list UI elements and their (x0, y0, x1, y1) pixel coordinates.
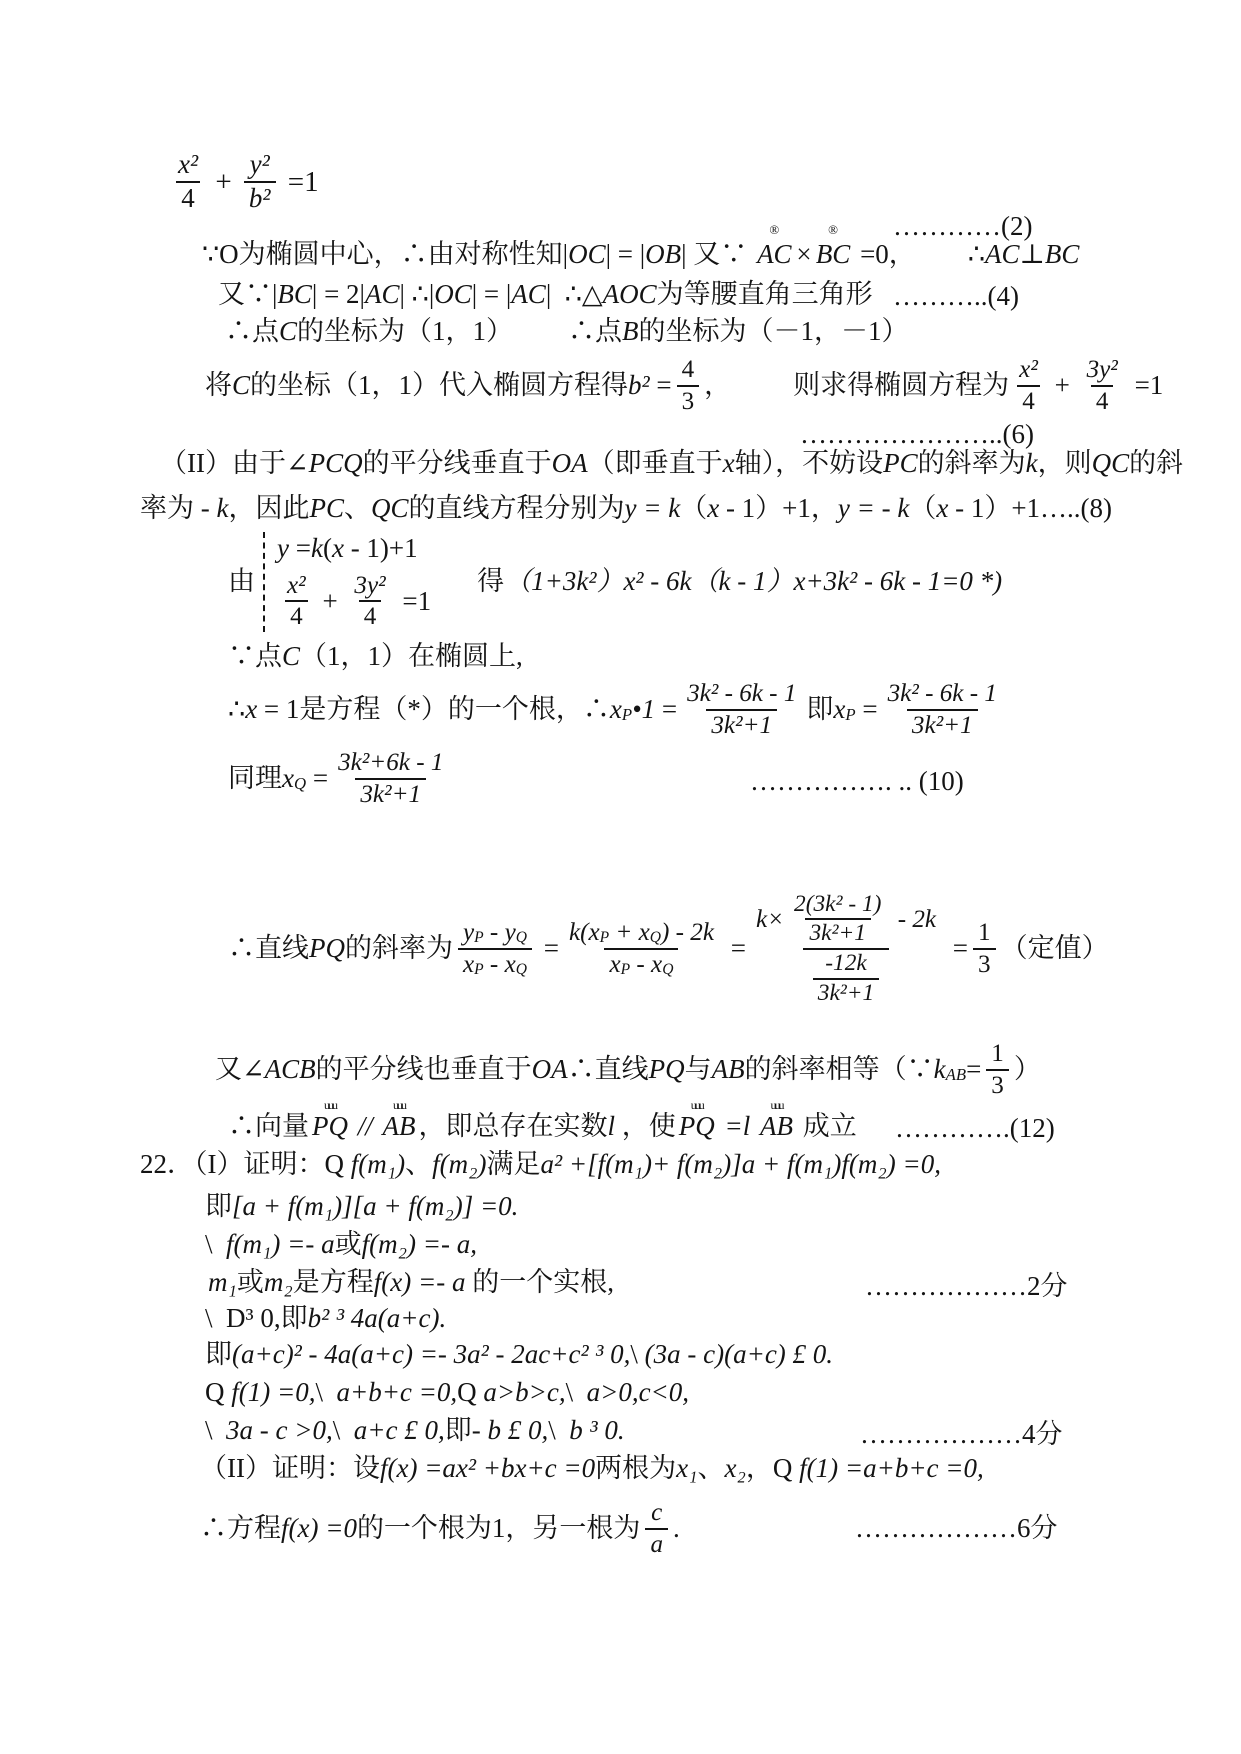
fraction-numerator: x² (282, 571, 311, 601)
fraction: yP - yQxP - xQ (458, 918, 532, 979)
text-run: 、 (698, 1452, 725, 1486)
subscript: P (474, 929, 484, 947)
text-run: 两根为 (595, 1452, 676, 1486)
text-run: . (673, 1512, 680, 1546)
math-run: x² (1019, 355, 1038, 385)
text-run: （II）证明：设 (200, 1452, 380, 1486)
vector-name: AB (760, 1111, 793, 1141)
math-run: a>b>c, (483, 1376, 565, 1410)
text-run: 即 (205, 1190, 232, 1224)
math-run: OC (434, 278, 472, 312)
fraction-denominator: 3 (986, 1069, 1009, 1101)
text-run: = (537, 932, 559, 966)
text-run: = (655, 693, 677, 727)
text-run: \ (205, 1228, 226, 1262)
fraction: k×2(3k² - 1)3k²+1 - 2k-12k3k²+1 (751, 891, 941, 1007)
math-run: =l (718, 1110, 757, 1144)
text-run: 的坐标为（1，1） (297, 315, 513, 349)
math-run: x (282, 762, 294, 796)
text-run: 的直线方程分别为 (409, 492, 625, 526)
math-run: f(m₁) (351, 1148, 405, 1182)
factored-line: 即[a + f(m₁)][a + f(m₂)] =0. (205, 1190, 518, 1224)
fraction-denominator: 3k²+1 (706, 709, 777, 741)
text-run: 即 (205, 1338, 232, 1372)
text-run: 轴），不妨设 (735, 447, 884, 481)
math-run: k× (756, 905, 784, 935)
text-run: ( (323, 532, 332, 566)
acb-bisector-line: 又∠ACB的平分线也垂直于OA∴直线PQ与AB的斜率相等（∵kAB=13） (215, 1034, 1041, 1106)
text-run: 的斜率为 (918, 447, 1026, 481)
text-run: 的一个根为1，另一根为 (357, 1512, 641, 1546)
math-run: - 2k (891, 905, 936, 935)
fraction: x²4 (173, 149, 203, 215)
text-run: （II）由于∠ (160, 447, 309, 481)
text-run: （定值） (1001, 932, 1109, 966)
vector-name: AB (383, 1111, 416, 1141)
fraction-numerator: 3k² - 6k - 1 (682, 679, 801, 709)
text-run: ………..(4) (893, 280, 1019, 314)
math-run: f(x) =ax² +bx+c =0 (380, 1452, 595, 1486)
math-run: 3k² - 6k - 1 (888, 679, 997, 709)
fraction-numerator: 3k²+6k - 1 (333, 748, 448, 778)
fraction: 3k² - 6k - 13k²+1 (883, 679, 1002, 740)
text-run: 、 (405, 1148, 432, 1182)
text-run: 的平分线也垂直于 (316, 1053, 532, 1087)
text-run: ∵O为椭圆中心，∴由对称性知| (202, 238, 568, 272)
text-run: = (856, 693, 878, 727)
text-run: | = 2| (312, 278, 365, 312)
fraction-numerator: 1 (973, 918, 996, 948)
text-run: + (208, 164, 239, 200)
math-run: f(m₂) (432, 1148, 486, 1182)
text-run: 的斜率为 (345, 932, 453, 966)
roots-conclusion-line: ∴方程f(x) =0的一个根为1，另一根为ca. (200, 1490, 680, 1568)
text-run: 得 (477, 565, 504, 599)
vector-notation: ABuuu (383, 1110, 416, 1144)
vector-arrow-icon: uuu (393, 1099, 405, 1111)
text-run: ………….(12) (895, 1112, 1055, 1146)
text-run: \ (333, 1414, 354, 1448)
math-run: [a + f(m₁)][a + f(m₂)] =0. (232, 1190, 518, 1224)
text-run: 与 (685, 1053, 712, 1087)
fraction: 3k² - 6k - 13k²+1 (682, 679, 801, 740)
math-run: x (609, 950, 620, 980)
text-run: = 1是方程（*）的一个根，∴ (257, 693, 610, 727)
equation-system: y =k(x - 1)+1x²4 + 3y²4 =1 (259, 532, 431, 632)
text-run: = (724, 932, 746, 966)
text-run: 4 (1022, 387, 1035, 417)
math-run: QC (1092, 447, 1130, 481)
math-run: x (332, 532, 344, 566)
text-run: 1 (978, 918, 991, 948)
text-run: ∴方程 (200, 1512, 281, 1546)
math-run: b² (249, 183, 271, 215)
leader-2fen: ………………2分 (865, 1270, 1068, 1304)
leader-12: ………….(12) (895, 1112, 1055, 1146)
fraction-denominator: -12k3k²+1 (803, 948, 889, 1007)
fraction-numerator: c (646, 1498, 667, 1528)
math-run: a+c £ 0, (354, 1414, 445, 1448)
leader-10: ……………. .. (10) (750, 765, 964, 799)
fraction-numerator: 3k² - 6k - 1 (883, 679, 1002, 709)
text-run: 4 (290, 602, 303, 632)
fraction: 13 (973, 918, 996, 979)
text-run: - 1)+1 (344, 532, 418, 566)
part2-paragraph-line2: 率为 - k，因此PC、QC的直线方程分别为y = k（x - 1）+1，y =… (140, 492, 1112, 526)
math-run: x (463, 950, 474, 980)
math-run: （1+3k²）x² - 6k（k - 1）x+3k² - 6k - 1=0 *) (504, 565, 1002, 599)
slope-pq-line: ∴直线PQ的斜率为yP - yQxP - xQ =k(xP + xQ) - 2k… (228, 855, 1109, 1043)
text-run: ，因此 (228, 492, 309, 526)
leader-4: ………..(4) (893, 280, 1019, 314)
subscript: P (621, 961, 631, 979)
text-run: 率为 - (140, 492, 217, 526)
fraction-denominator: 4 (176, 181, 199, 215)
text-run: \ (630, 1338, 644, 1372)
math-run: a² +[f(m₁)+ f(m₂)]a + f(m₁)f(m₂) =0, (541, 1148, 941, 1182)
math-run: 3y² (354, 571, 385, 601)
text-run: 4 (1096, 387, 1109, 417)
math-run: - y (484, 918, 516, 948)
text-run: ，则 (1038, 447, 1092, 481)
fraction-numerator: 2(3k² - 1) (789, 891, 886, 919)
vector-notation: AC® (757, 238, 792, 272)
spacer (435, 582, 477, 583)
fraction: 3y²4 (1082, 355, 1123, 416)
text-run: ∴点 (225, 315, 279, 349)
math-run: x (936, 492, 948, 526)
math-run: l (608, 1110, 616, 1144)
text-run: 或 (335, 1228, 362, 1262)
system-brace-icon (263, 532, 265, 632)
vector-name: PQ (312, 1111, 348, 1141)
math-run: b ³ 0. (569, 1414, 624, 1448)
text-run: 3 (682, 387, 695, 417)
math-run: m₁ (208, 1266, 237, 1300)
fraction-denominator: 3k²+1 (805, 918, 871, 948)
math-run: a (650, 1530, 663, 1560)
text-run: 3 (978, 950, 991, 980)
spacer (513, 331, 568, 332)
fraction-denominator: a (645, 1528, 668, 1560)
fraction-numerator: yP - yQ (458, 918, 532, 948)
math-run: OA (552, 447, 588, 481)
subscript: Q (516, 961, 527, 979)
fraction: 3y²4 (349, 571, 390, 632)
text-run: =1 (1128, 369, 1163, 403)
vector-name: BC (816, 239, 851, 269)
math-run: PC (309, 492, 344, 526)
system-row: y =k(x - 1)+1 (277, 532, 418, 566)
math-run: AC (985, 238, 1020, 272)
fraction-denominator: 3k²+1 (813, 978, 879, 1008)
math-run: •1 (632, 693, 655, 727)
fraction-denominator: b² (244, 181, 276, 215)
text-run: 即 (806, 693, 833, 727)
text-run: ） (1014, 1053, 1041, 1087)
vector-arrow-icon: ® (828, 223, 838, 236)
text-run: 4 (364, 602, 377, 632)
text-run: ∵点 (228, 640, 282, 674)
math-run: 3k²+1 (818, 980, 874, 1008)
math-run: // (351, 1110, 380, 1144)
text-run: 则求得椭圆方程为 (793, 369, 1009, 403)
text-run: 1 (991, 1039, 1004, 1069)
vector-arrow-icon: ® (769, 223, 779, 236)
text-run: ⊥ (1020, 238, 1045, 272)
text-run: （ (680, 492, 707, 526)
math-run: f(1) =0, (231, 1376, 315, 1410)
math-run: -12k (825, 950, 866, 978)
math-run: x² (287, 571, 306, 601)
math-run: C (282, 640, 300, 674)
math-run: f(x) =- a (374, 1266, 466, 1300)
math-run: OA (532, 1053, 568, 1087)
math-run: (a+c)² - 4a(a+c) =- 3a² - 2ac+c² ³ 0, (232, 1338, 630, 1372)
text-run: 同理 (228, 762, 282, 796)
math-run: x (723, 447, 735, 481)
subscript: Q (516, 929, 527, 947)
subscript: P (600, 929, 610, 947)
expanded-inequality-line: 即(a+c)² - 4a(a+c) =- 3a² - 2ac+c² ³ 0,\ … (205, 1338, 833, 1372)
math-run: b² ³ 4a(a+c). (308, 1302, 447, 1336)
text-run: （即垂直于 (588, 447, 723, 481)
vector-arrow-icon: uuu (324, 1099, 336, 1111)
math-run: y (277, 532, 289, 566)
vector-notation: PQuuu (679, 1110, 715, 1144)
text-run: （1，1）在椭圆上, (300, 640, 523, 674)
text-run: = (650, 369, 672, 403)
fraction-numerator: 3y² (349, 571, 390, 601)
math-run: x (833, 693, 845, 727)
vector-notation: ABuuu (760, 1110, 793, 1144)
math-run: AC (365, 278, 400, 312)
math-run: C (279, 315, 297, 349)
text-run: 的坐标为（－1，－1） (639, 315, 909, 349)
fraction-numerator: 3y² (1082, 355, 1123, 385)
text-run: 22．（I）证明：Q (140, 1148, 351, 1182)
math-run: BC (1045, 238, 1080, 272)
math-run: 2(3k² - 1) (794, 891, 881, 919)
math-run: f(m₂) =- a, (362, 1228, 477, 1262)
vector-notation: BC® (816, 238, 851, 272)
text-run: 4 (682, 355, 695, 385)
math-run: c (651, 1498, 662, 1528)
real-root-line: m₁或m₂是方程f(x) =- a 的一个实根, (208, 1266, 614, 1300)
text-run: = (966, 1053, 981, 1087)
math-run: y = - k (838, 492, 909, 526)
text-run: - 1）+1…..(8) (948, 492, 1112, 526)
text-run: 又∠ (215, 1053, 265, 1087)
math-run: m₂ (264, 1266, 293, 1300)
text-run: 又∵| (218, 278, 277, 312)
math-run: ) - 2k (661, 918, 714, 948)
text-run: | = | (472, 278, 512, 312)
fraction: 2(3k² - 1)3k²+1 (789, 891, 886, 948)
f1-zero-line: Q f(1) =0,\ a+b+c =0,Q a>b>c,\ a>0,c<0, (205, 1376, 689, 1410)
text-run: 为等腰直角三角形 (657, 278, 873, 312)
text-run: \ (566, 1376, 587, 1410)
discriminant-line: \ D³ 0,即b² ³ 4a(a+c). (205, 1302, 446, 1336)
fraction-numerator: -12k (820, 950, 871, 978)
fraction-numerator: 1 (986, 1039, 1009, 1069)
text-run: （ (909, 492, 936, 526)
text-run: 1 (304, 164, 319, 200)
fraction-denominator: 3k²+1 (907, 709, 978, 741)
point-coordinates-line: ∴点C的坐标为（1，1）∴点B的坐标为（－1，－1） (225, 315, 909, 349)
substitute-c-line: 将C的坐标（1，1）代入椭圆方程得b² =43，则求得椭圆方程为x²4 + 3y… (205, 346, 1163, 426)
spacer (731, 386, 793, 387)
math-run: AC (511, 278, 546, 312)
text-run: 的坐标（1，1）代入椭圆方程得 (250, 369, 628, 403)
math-run: + x (609, 918, 650, 948)
math-run: 3a - c >0, (226, 1414, 333, 1448)
math-run: b² (628, 369, 650, 403)
math-run: QC (371, 492, 409, 526)
fm1-or-fm2-line: \ f(m₁) =- a或f(m₂) =- a, (205, 1228, 477, 1262)
fraction: -12k3k²+1 (813, 950, 879, 1007)
math-run: x₂ (725, 1452, 746, 1486)
fraction-denominator: xP - xQ (458, 948, 532, 980)
fraction: ca (645, 1498, 668, 1559)
fraction-denominator: 4 (285, 600, 308, 632)
text-run: ，使 (615, 1110, 676, 1144)
math-run: 3k²+6k - 1 (338, 748, 443, 778)
point-c-on-ellipse-line: ∵点C（1，1）在椭圆上, (228, 640, 523, 674)
math-run: x (245, 693, 257, 727)
ellipse-equation-top: x²4 + y²b² =1 (168, 122, 319, 242)
math-run: y = k (625, 492, 681, 526)
math-run: AB (712, 1053, 745, 1087)
math-run: 3k²+1 (360, 780, 421, 810)
text-run: | ∴| (399, 278, 434, 312)
text-run: ∴ (228, 693, 245, 727)
text-run: 的平分线垂直于 (363, 447, 552, 481)
vector-arrow-icon: uuu (771, 1099, 783, 1111)
subscript: P (845, 705, 855, 726)
math-run: PQ (649, 1053, 685, 1087)
text-run: ∴ (968, 238, 985, 272)
text-run: \ (205, 1414, 226, 1448)
math-run: a>0,c<0, (587, 1376, 689, 1410)
subscript: P (474, 961, 484, 979)
math-run: 3y² (1087, 355, 1118, 385)
fraction: 43 (677, 355, 700, 416)
text-run: | ∴△ (546, 278, 603, 312)
q22-part1-line: 22．（I）证明：Q f(m₁)、f(m₂)满足a² +[f(m₁)+ f(m₂… (140, 1148, 941, 1182)
text-run: 成立 (796, 1110, 857, 1144)
fraction-denominator: 4 (359, 600, 382, 632)
math-run: C (232, 369, 250, 403)
math-run: k (1026, 447, 1038, 481)
math-run: 3k²+1 (711, 711, 772, 741)
math-run: PCQ (309, 447, 363, 481)
vector-notation: PQuuu (312, 1110, 348, 1144)
system-rows: y =k(x - 1)+1x²4 + 3y²4 =1 (277, 532, 431, 632)
text-run: ∴点 (568, 315, 622, 349)
math-run: x² (178, 149, 198, 181)
math-run: PQ (309, 932, 345, 966)
text-run: =1 (396, 585, 431, 619)
math-run: k (934, 1053, 946, 1087)
math-run: k(x (569, 918, 600, 948)
text-run: 、 (344, 492, 371, 526)
subscript: AB (946, 1065, 966, 1086)
text-run: ， (704, 369, 731, 403)
text-run: ………………4分 (860, 1418, 1063, 1452)
fraction-numerator: y² (245, 149, 275, 181)
text-run: 的一个实根, (465, 1266, 614, 1300)
vector-parallel-line: ∴向量PQuuu // ABuuu，即总存在实数l ，使PQuuu =l ABu… (228, 1106, 857, 1148)
math-run: ACB (265, 1053, 316, 1087)
similarly-xq-line: 同理xQ =3k²+6k - 13k²+1 (228, 742, 453, 816)
math-run: - b £ 0, (472, 1414, 549, 1448)
text-run: 由 (228, 565, 255, 599)
fraction-numerator: x² (1014, 355, 1043, 385)
math-run: k (311, 532, 323, 566)
part2-paragraph-line1: （II）由于∠PCQ的平分线垂直于OA（即垂直于x轴），不妨设PC的斜率为k，则… (160, 447, 1183, 481)
fraction-denominator: 3 (973, 948, 996, 980)
subscript: Q (650, 929, 661, 947)
text-run: 4 (181, 183, 194, 215)
subscript: Q (294, 774, 306, 795)
fraction: y²b² (244, 149, 276, 215)
text-run: ∴直线 (228, 932, 309, 966)
text-run: = (289, 532, 311, 566)
root-xp-line: ∴x = 1是方程（*）的一个根，∴xP•1 =3k² - 6k - 13k²+… (228, 670, 1007, 750)
math-run: y² (250, 149, 270, 181)
fraction: 3k²+6k - 13k²+1 (333, 748, 448, 809)
fraction-numerator: 4 (677, 355, 700, 385)
fraction-denominator: 4 (1091, 385, 1114, 417)
math-run: OB (645, 238, 681, 272)
text-run: 是方程 (293, 1266, 374, 1300)
math-run: BC (277, 278, 312, 312)
isosceles-right-triangle-line: 又∵|BC| = 2|AC| ∴|OC| = |AC| ∴△AOC为等腰直角三角… (218, 278, 873, 312)
text-run: ………………6分 (855, 1512, 1058, 1546)
text-run: 满足 (487, 1148, 541, 1182)
math-run: k (217, 492, 229, 526)
text-run: 或 (237, 1266, 264, 1300)
text-run: \ (548, 1414, 569, 1448)
math-run: PC (883, 447, 918, 481)
math-run: 3k²+1 (810, 920, 866, 948)
text-run: + (316, 585, 345, 619)
vector-name: AC (757, 239, 792, 269)
fraction-denominator: 3k²+1 (355, 778, 426, 810)
text-run: = (281, 164, 305, 200)
fraction-numerator: k(xP + xQ) - 2k (564, 918, 719, 948)
equation-system-line: 由y =k(x - 1)+1x²4 + 3y²4 =1得（1+3k²）x² - … (228, 528, 1002, 636)
vector-name: PQ (679, 1111, 715, 1141)
q22-part2-line: （II）证明：设f(x) =ax² +bx+c =0两根为x₁、x₂，Q f(1… (200, 1452, 984, 1486)
math-run: AOC (603, 278, 657, 312)
math-run: - x (484, 950, 516, 980)
text-run: Q (457, 1376, 483, 1410)
leader-4fen: ………………4分 (860, 1418, 1063, 1452)
text-run: + (1048, 369, 1077, 403)
text-run: 的斜率相等（∵ (745, 1053, 934, 1087)
text-run: \ D³ 0,即 (205, 1302, 308, 1336)
text-run: - 1）+1， (719, 492, 838, 526)
fraction: x²4 (1014, 355, 1043, 416)
fraction-numerator: x² (173, 149, 203, 181)
math-run: y (463, 918, 474, 948)
vector-arrow-icon: uuu (691, 1099, 703, 1111)
math-run: f(m₁) =- a (226, 1228, 335, 1262)
math-run: x (707, 492, 719, 526)
text-run: 的斜 (1129, 447, 1183, 481)
